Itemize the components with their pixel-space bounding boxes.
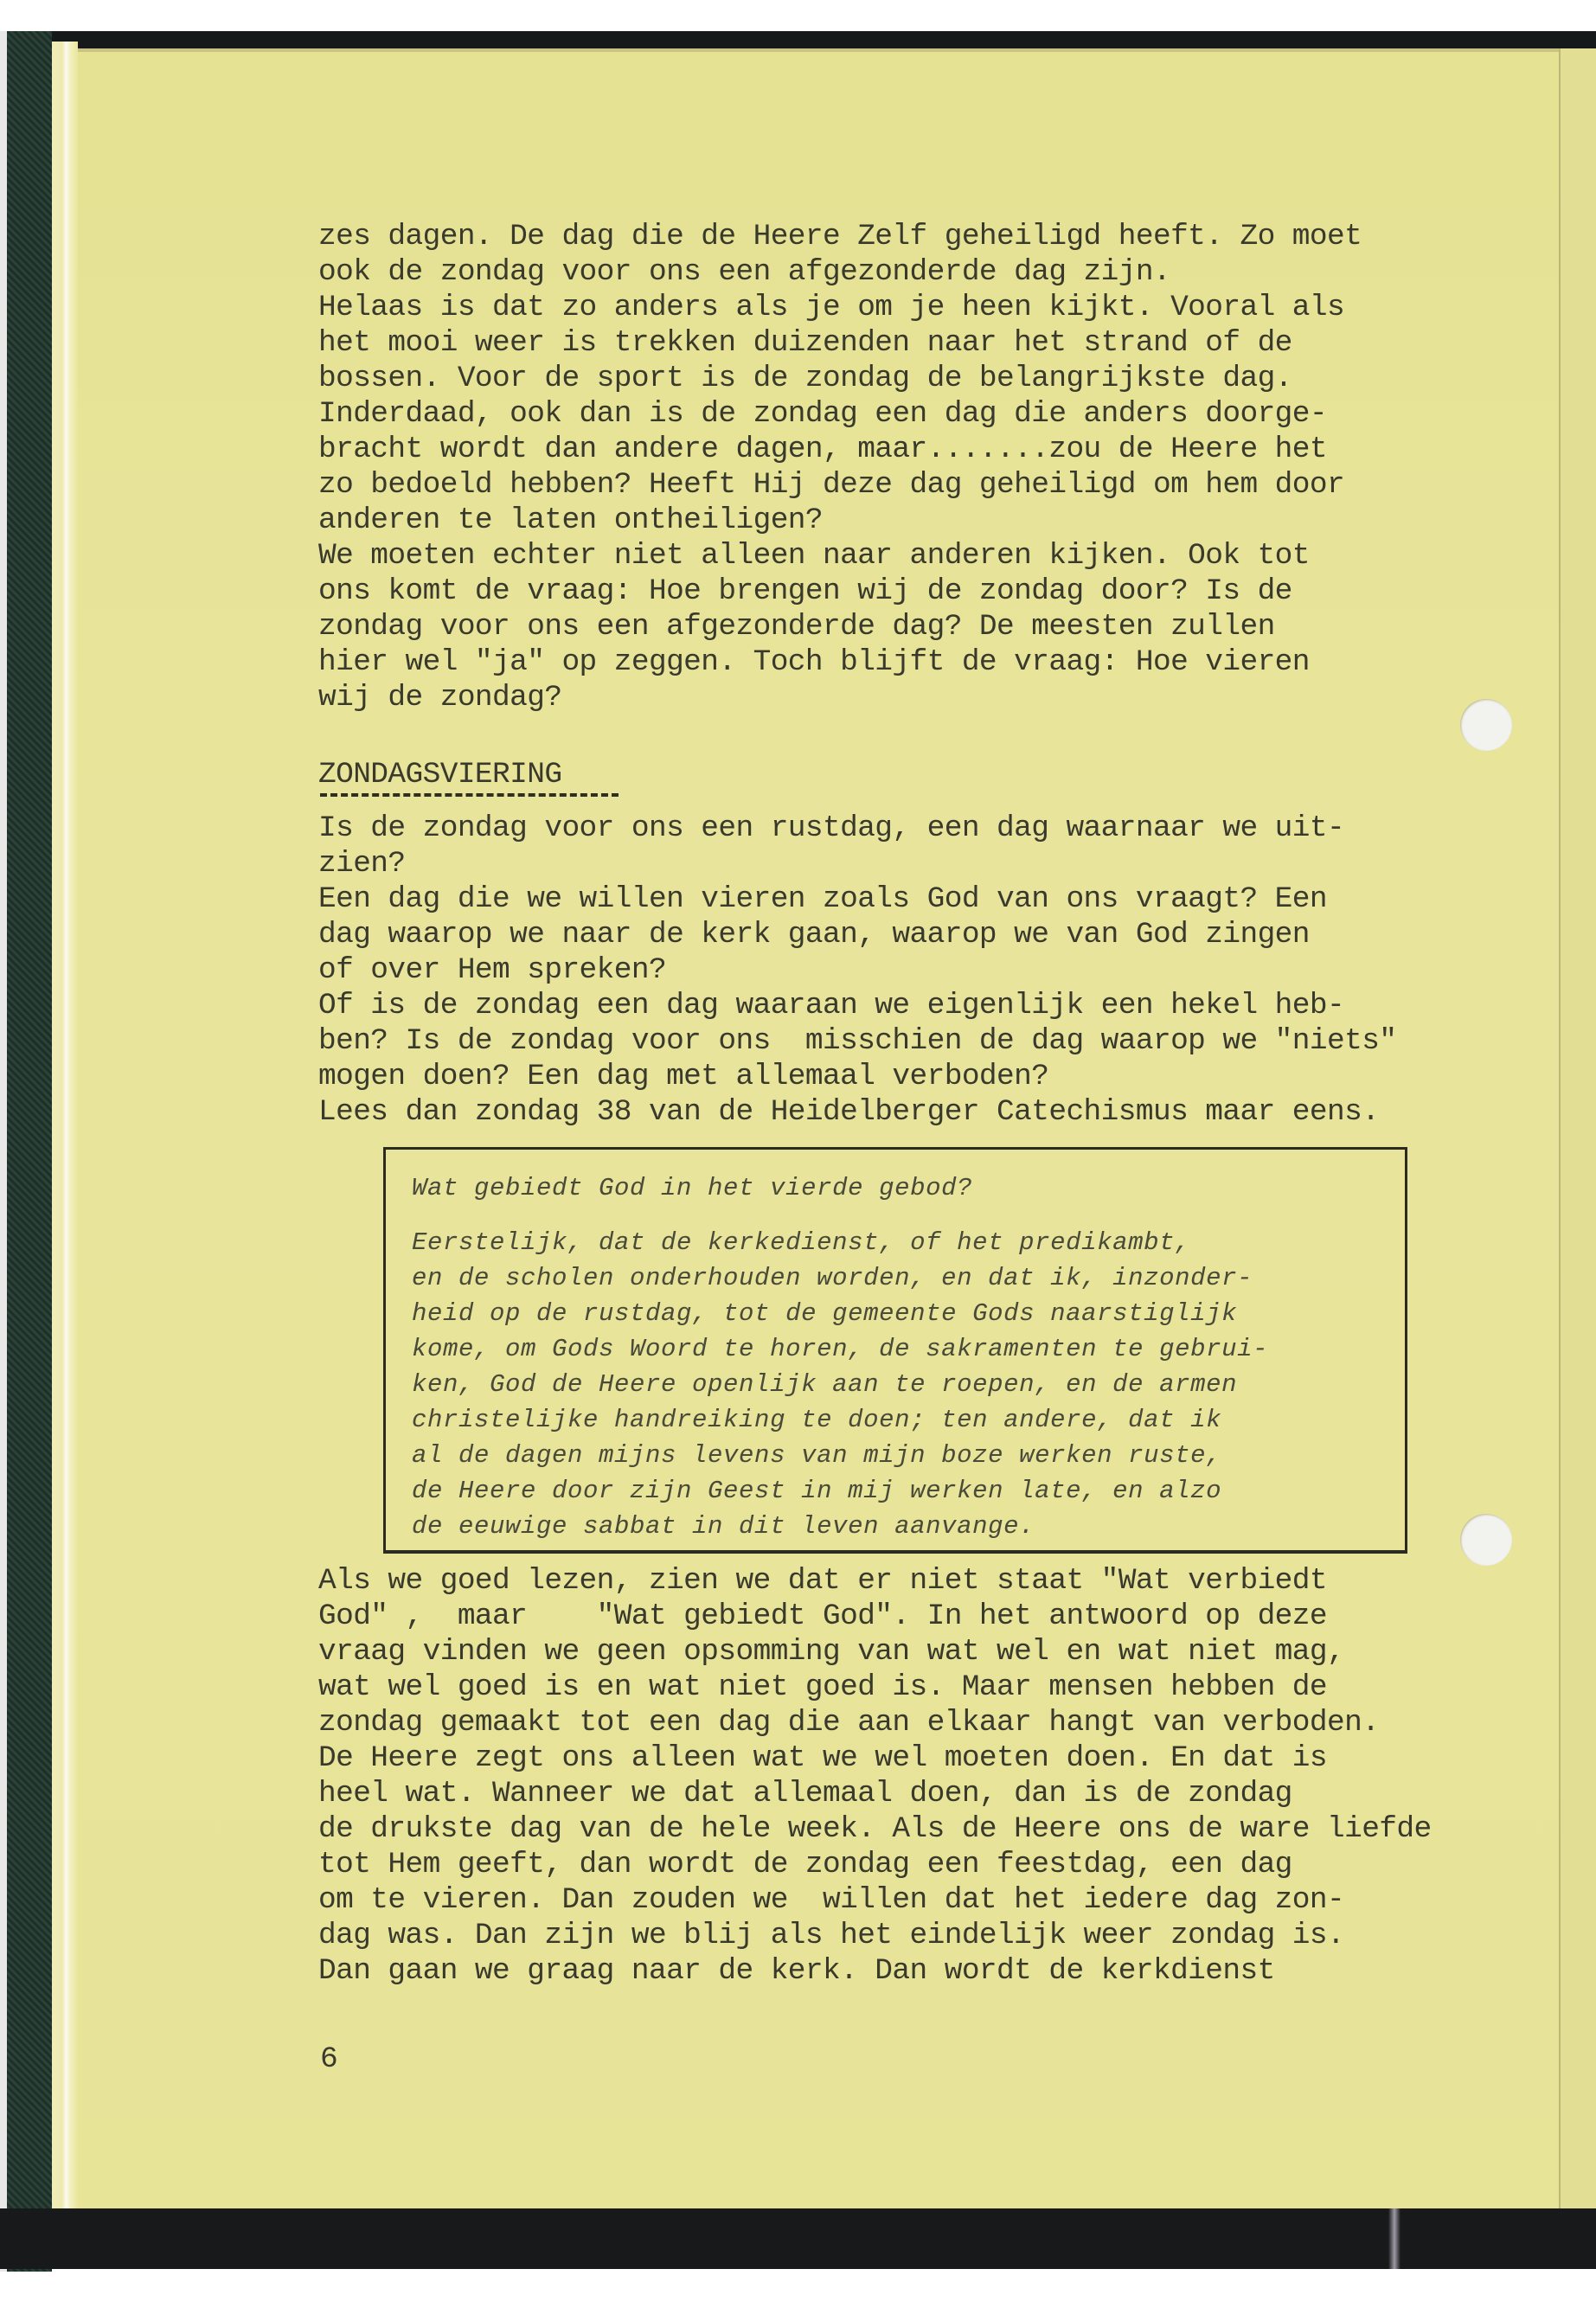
text-line: mogen doen? Een dag met allemaal verbode…: [318, 1059, 1396, 1094]
text-line: zien?: [318, 846, 1396, 881]
binder-ring-reflection: [1388, 2208, 1401, 2269]
catechism-question: Wat gebiedt God in het vierde gebod?: [412, 1170, 972, 1206]
text-line: ons komt de vraag: Hoe brengen wij de zo…: [318, 574, 1362, 609]
text-line: ken, God de Heere openlijk aan te roepen…: [412, 1367, 1268, 1402]
text-line: bracht wordt dan andere dagen, maar.....…: [318, 432, 1362, 467]
text-line: zo bedoeld hebben? Heeft Hij deze dag ge…: [318, 467, 1362, 503]
text-line: en de scholen onderhouden worden, en dat…: [412, 1260, 1268, 1296]
text-line: Eerstelijk, dat de kerkedienst, of het p…: [412, 1225, 1268, 1260]
text-line: Helaas is dat zo anders als je om je hee…: [318, 290, 1362, 325]
text-line: anderen te laten ontheiligen?: [318, 503, 1362, 538]
text-line: om te vieren. Dan zouden we willen dat h…: [318, 1882, 1432, 1918]
text-line: God" , maar "Wat gebiedt God". In het an…: [318, 1599, 1432, 1634]
page-stack-edge: [52, 42, 78, 2208]
punch-hole-icon: [1460, 699, 1512, 751]
text-line: zes dagen. De dag die de Heere Zelf gehe…: [318, 219, 1362, 254]
catechism-quote-box: Wat gebiedt God in het vierde gebod? Eer…: [383, 1147, 1407, 1554]
text-line: zondag voor ons een afgezonderde dag? De…: [318, 609, 1362, 644]
text-line: heel wat. Wanneer we dat allemaal doen, …: [318, 1776, 1432, 1811]
text-line: al de dagen mijns levens van mijn boze w…: [412, 1438, 1268, 1473]
text-line: tot Hem geeft, dan wordt de zondag een f…: [318, 1847, 1432, 1882]
text-line: christelijke handreiking te doen; ten an…: [412, 1402, 1268, 1438]
text-line: of over Hem spreken?: [318, 952, 1396, 988]
text-line: zondag gemaakt tot een dag die aan elkaa…: [318, 1705, 1432, 1740]
intro-paragraphs: zes dagen. De dag die de Heere Zelf gehe…: [318, 219, 1362, 715]
text-line: kome, om Gods Woord te horen, de sakrame…: [412, 1331, 1268, 1367]
text-line: Dan gaan we graag naar de kerk. Dan word…: [318, 1953, 1432, 1989]
text-line: Inderdaad, ook dan is de zondag een dag …: [318, 396, 1362, 432]
text-line: dag was. Dan zijn we blij als het eindel…: [318, 1918, 1432, 1953]
text-line: de drukste dag van de hele week. Als de …: [318, 1811, 1432, 1847]
heading-dashed-underline: [320, 793, 619, 797]
closing-paragraphs: Als we goed lezen, zien we dat er niet s…: [318, 1563, 1432, 1989]
binder-spine: [7, 31, 52, 2272]
page-number: 6: [320, 2041, 337, 2077]
binder-bottom-edge: [0, 2208, 1596, 2269]
text-line: hier wel "ja" op zeggen. Toch blijft de …: [318, 644, 1362, 680]
text-line: de Heere door zijn Geest in mij werken l…: [412, 1473, 1268, 1509]
text-line: De Heere zegt ons alleen wat we wel moet…: [318, 1740, 1432, 1776]
punch-hole-icon: [1460, 1514, 1512, 1566]
text-line: bossen. Voor de sport is de zondag de be…: [318, 361, 1362, 396]
text-line: het mooi weer is trekken duizenden naar …: [318, 325, 1362, 361]
text-line: Lees dan zondag 38 van de Heidelberger C…: [318, 1094, 1396, 1130]
text-line: vraag vinden we geen opsomming van wat w…: [318, 1634, 1432, 1670]
catechism-answer: Eerstelijk, dat de kerkedienst, of het p…: [412, 1225, 1268, 1544]
text-line: ook de zondag voor ons een afgezonderde …: [318, 254, 1362, 290]
text-line: dag waarop we naar de kerk gaan, waarop …: [318, 917, 1396, 952]
scan-margin: [0, 31, 7, 2272]
section-heading: ZONDAGSVIERING: [318, 757, 561, 792]
text-line: wat wel goed is en wat niet goed is. Maa…: [318, 1670, 1432, 1705]
middle-paragraphs: Is de zondag voor ons een rustdag, een d…: [318, 811, 1396, 1130]
text-line: Of is de zondag een dag waaraan we eigen…: [318, 988, 1396, 1023]
text-line: heid op de rustdag, tot de gemeente Gods…: [412, 1296, 1268, 1331]
underlying-page-edge: [1559, 48, 1596, 2211]
text-line: Is de zondag voor ons een rustdag, een d…: [318, 811, 1396, 846]
text-line: ben? Is de zondag voor ons misschien de …: [318, 1023, 1396, 1059]
text-line: Een dag die we willen vieren zoals God v…: [318, 881, 1396, 917]
text-line: We moeten echter niet alleen naar andere…: [318, 538, 1362, 574]
text-line: Als we goed lezen, zien we dat er niet s…: [318, 1563, 1432, 1599]
text-line: wij de zondag?: [318, 680, 1362, 715]
text-line: de eeuwige sabbat in dit leven aanvange.: [412, 1509, 1268, 1544]
